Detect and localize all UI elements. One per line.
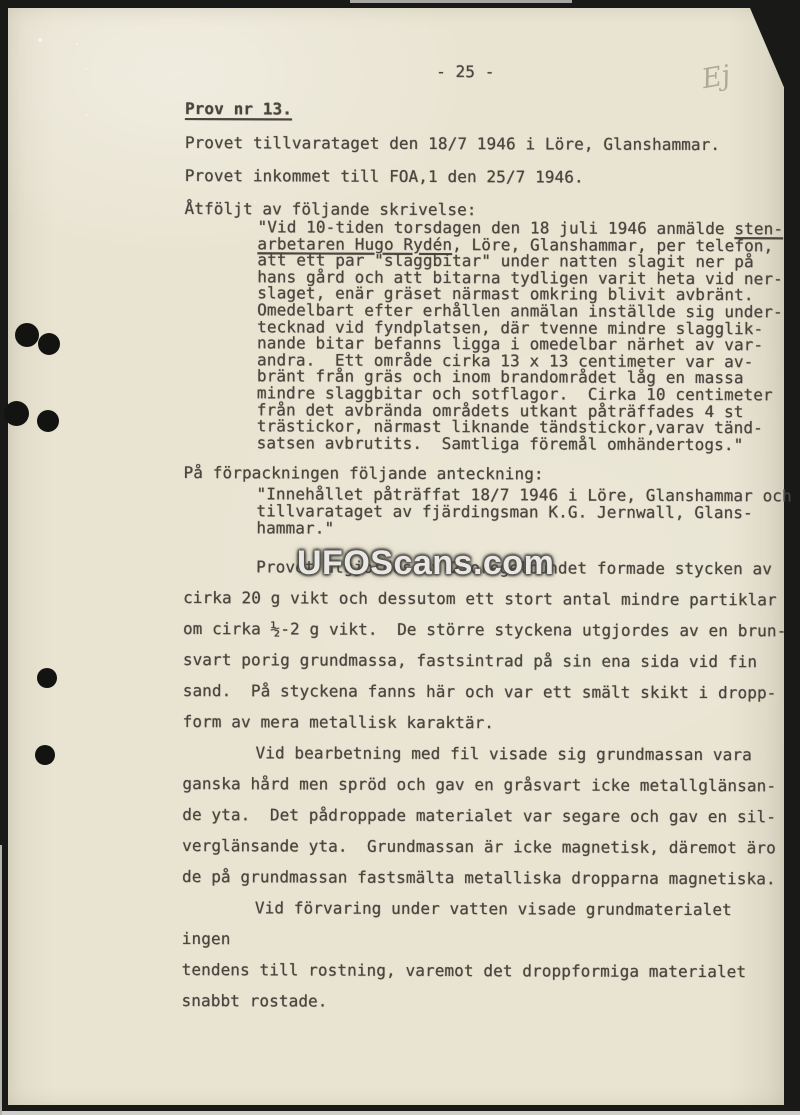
packaging-quote: "Innehållet påträffat 18/7 1946 i Löre, … (256, 485, 794, 538)
punch-hole (35, 745, 55, 765)
punch-hole (38, 333, 60, 355)
analysis-paragraph-3: Vid förvaring under vatten visade grundm… (181, 892, 785, 1018)
punch-hole (37, 410, 59, 432)
site-watermark: UFOScans.com (297, 544, 554, 583)
intro-line-recovered: Provet tillvarataget den 18/7 1946 i Lör… (185, 126, 720, 161)
punch-hole (15, 323, 39, 347)
punch-hole (4, 401, 29, 426)
intro-line-received: Provet inkommet till FOA,1 den 25/7 1946… (185, 159, 584, 194)
punch-hole (37, 668, 57, 688)
page-number: - 25 - (436, 55, 495, 88)
pencil-annotation: Ej (700, 60, 733, 95)
analysis-paragraph-2: Vid bearbetning med fil visade sig grund… (182, 737, 787, 894)
report-quote: "Vid 10-tiden torsdagen den 18 juli 1946… (257, 219, 796, 453)
sample-heading: Prov nr 13. (185, 92, 292, 125)
quote-text-rest: , Löre, Glanshammar, per telefon, att et… (257, 235, 783, 454)
